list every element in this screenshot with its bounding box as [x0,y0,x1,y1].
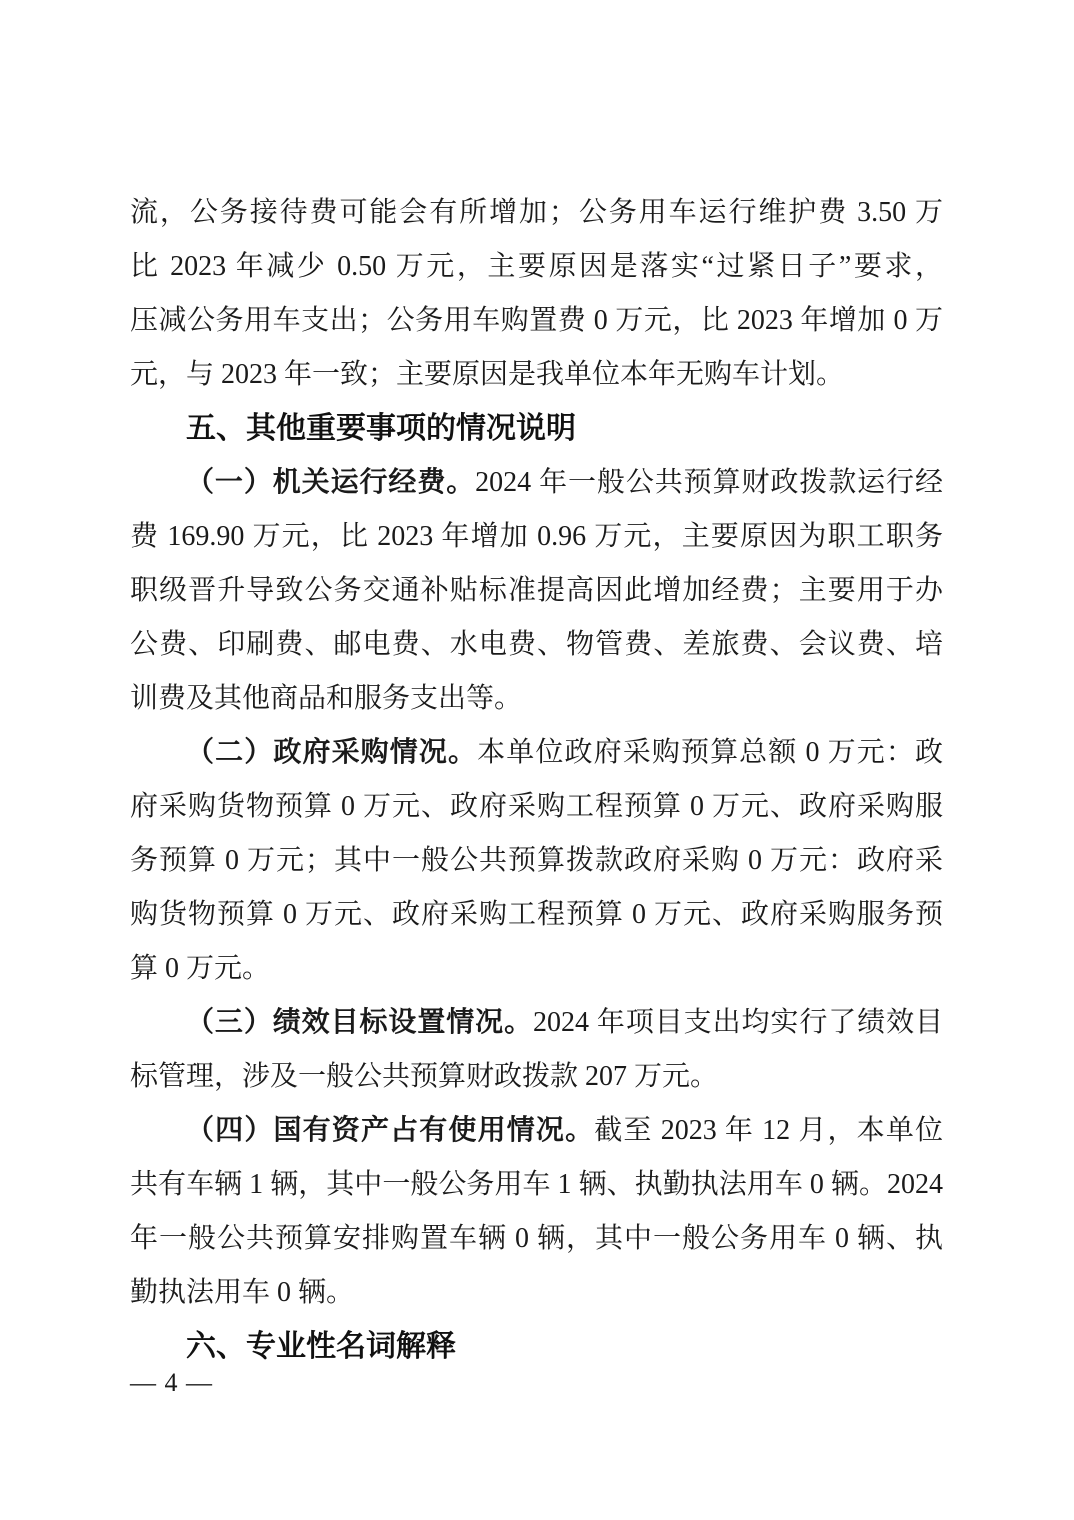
item-1-lead: （一）机关运行经费。 [186,467,475,498]
section-heading-5: 五、其他重要事项的情况说明 [130,402,943,456]
text-line: 压减公务用车支出；公务用车购置费 0 万元，比 2023 年增加 0 万 [130,294,943,348]
paragraph-carryover: 流，公务接待费可能会有所增加；公务用车运行维护费 3.50 万元， 比 2023… [130,186,943,402]
paragraph-item-1: （一）机关运行经费。2024 年一般公共预算财政拨款运行经 费 169.90 万… [130,456,943,726]
item-2-lead: （二）政府采购情况。 [186,737,477,768]
page-number: — 4 — [130,1368,213,1397]
document-page: 流，公务接待费可能会有所增加；公务用车运行维护费 3.50 万元， 比 2023… [0,0,1074,1520]
text-line: 费 169.90 万元，比 2023 年增加 0.96 万元，主要原因为职工职务 [130,510,943,564]
text-line: 流，公务接待费可能会有所增加；公务用车运行维护费 3.50 万元， [130,186,943,240]
text-line: 标管理，涉及一般公共预算财政拨款 207 万元。 [130,1050,943,1104]
item-4-lead-rest: 截至 2023 年 12 月，本单位 [594,1115,943,1146]
text-line: 勤执法用车 0 辆。 [130,1266,943,1320]
text-line: 比 2023 年减少 0.50 万元，主要原因是落实“过紧日子”要求， [130,240,943,294]
document-body: 流，公务接待费可能会有所增加；公务用车运行维护费 3.50 万元， 比 2023… [130,186,943,1374]
text-line: （三）绩效目标设置情况。2024 年项目支出均实行了绩效目 [130,996,943,1050]
paragraph-item-4: （四）国有资产占有使用情况。截至 2023 年 12 月，本单位 共有车辆 1 … [130,1104,943,1320]
text-line: 府采购货物预算 0 万元、政府采购工程预算 0 万元、政府采购服 [130,780,943,834]
text-line: 务预算 0 万元；其中一般公共预算拨款政府采购 0 万元：政府采 [130,834,943,888]
text-line: 年一般公共预算安排购置车辆 0 辆，其中一般公务用车 0 辆、执 [130,1212,943,1266]
item-1-lead-rest: 2024 年一般公共预算财政拨款运行经 [475,467,943,498]
text-line: 公费、印刷费、邮电费、水电费、物管费、差旅费、会议费、培 [130,618,943,672]
text-line: 训费及其他商品和服务支出等。 [130,672,943,726]
paragraph-item-2: （二）政府采购情况。本单位政府采购预算总额 0 万元：政 府采购货物预算 0 万… [130,726,943,996]
item-4-lead: （四）国有资产占有使用情况。 [186,1115,594,1146]
page-footer: — 4 — [130,1368,213,1398]
text-line: 共有车辆 1 辆，其中一般公务用车 1 辆、执勤执法用车 0 辆。2024 [130,1158,943,1212]
item-3-lead-rest: 2024 年项目支出均实行了绩效目 [533,1007,943,1038]
text-line: 算 0 万元。 [130,942,943,996]
item-2-lead-rest: 本单位政府采购预算总额 0 万元：政 [477,737,943,768]
text-line: 职级晋升导致公务交通补贴标准提高因此增加经费；主要用于办 [130,564,943,618]
paragraph-item-3: （三）绩效目标设置情况。2024 年项目支出均实行了绩效目 标管理，涉及一般公共… [130,996,943,1104]
text-line: 元，与 2023 年一致；主要原因是我单位本年无购车计划。 [130,348,943,402]
text-line: （一）机关运行经费。2024 年一般公共预算财政拨款运行经 [130,456,943,510]
item-3-lead: （三）绩效目标设置情况。 [186,1007,533,1038]
section-heading-6: 六、专业性名词解释 [130,1320,943,1374]
text-line: 购货物预算 0 万元、政府采购工程预算 0 万元、政府采购服务预 [130,888,943,942]
text-line: （二）政府采购情况。本单位政府采购预算总额 0 万元：政 [130,726,943,780]
text-line: （四）国有资产占有使用情况。截至 2023 年 12 月，本单位 [130,1104,943,1158]
